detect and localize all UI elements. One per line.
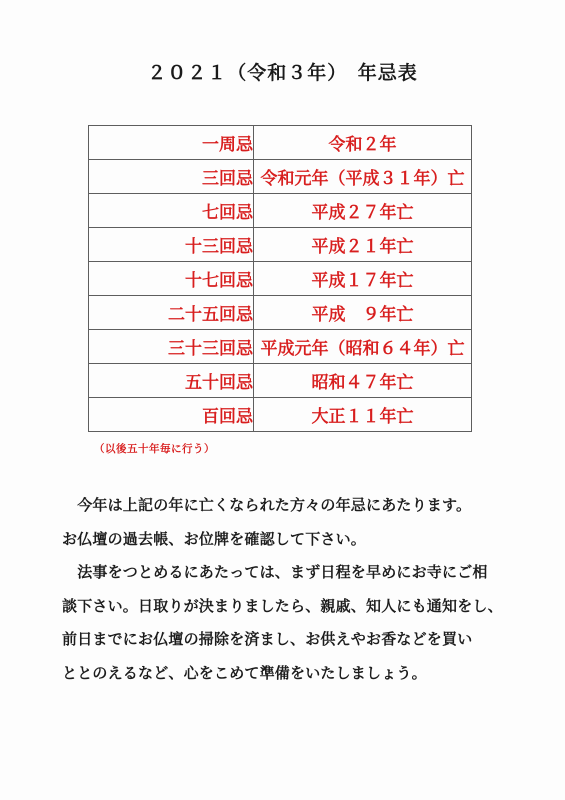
table-row: 七回忌 平成２７年亡 [89,194,472,228]
memorial-anniversary-label: 百回忌 [89,398,254,432]
table-row: 三十三回忌 平成元年（昭和６４年）亡 [89,330,472,364]
body-text-line: 談下さい。日取りが決まりましたら、親戚、知人にも通知をし、 [62,590,522,624]
memorial-year-table: 一周忌 令和２年 三回忌 令和元年（平成３１年）亡 七回忌 平成２７年亡 十三回… [88,125,472,432]
body-text-line: お仏壇の過去帳、お位牌を確認して下さい。 [62,523,522,557]
memorial-anniversary-label: 二十五回忌 [89,296,254,330]
memorial-anniversary-label: 十三回忌 [89,228,254,262]
memorial-anniversary-label: 一周忌 [89,126,254,160]
table-row: 百回忌 大正１１年亡 [89,398,472,432]
body-text-line: 前日までにお仏壇の掃除を済まし、お供えやお香などを買い [62,623,522,657]
page-title: ２０２１（令和３年） 年忌表 [0,58,565,85]
table-row: 五十回忌 昭和４７年亡 [89,364,472,398]
table-row: 十三回忌 平成２１年亡 [89,228,472,262]
death-year-value: 平成２１年亡 [254,228,472,262]
death-year-value: 平成２７年亡 [254,194,472,228]
body-text-line: 法事をつとめるにあたっては、まず日程を早めにお寺にご相 [62,556,522,590]
memorial-table-body: 一周忌 令和２年 三回忌 令和元年（平成３１年）亡 七回忌 平成２７年亡 十三回… [89,126,472,432]
death-year-value: 令和元年（平成３１年）亡 [254,160,472,194]
memorial-anniversary-label: 五十回忌 [89,364,254,398]
memorial-anniversary-label: 十七回忌 [89,262,254,296]
table-row: 三回忌 令和元年（平成３１年）亡 [89,160,472,194]
death-year-value: 平成１７年亡 [254,262,472,296]
memorial-anniversary-label: 三回忌 [89,160,254,194]
body-text-block: 今年は上記の年に亡くなられた方々の年忌にあたります。 お仏壇の過去帳、お位牌を確… [62,489,522,691]
death-year-value: 平成元年（昭和６４年）亡 [254,330,472,364]
table-row: 二十五回忌 平成 ９年亡 [89,296,472,330]
death-year-value: 平成 ９年亡 [254,296,472,330]
table-footnote: （以後五十年毎に行う） [94,441,215,456]
memorial-anniversary-label: 三十三回忌 [89,330,254,364]
table-row: 十七回忌 平成１７年亡 [89,262,472,296]
body-text-line: ととのえるなど、心をこめて準備をいたしましょう。 [62,657,522,691]
death-year-value: 昭和４７年亡 [254,364,472,398]
death-year-value: 大正１１年亡 [254,398,472,432]
memorial-anniversary-label: 七回忌 [89,194,254,228]
body-text-line: 今年は上記の年に亡くなられた方々の年忌にあたります。 [62,489,522,523]
death-year-value: 令和２年 [254,126,472,160]
table-row: 一周忌 令和２年 [89,126,472,160]
